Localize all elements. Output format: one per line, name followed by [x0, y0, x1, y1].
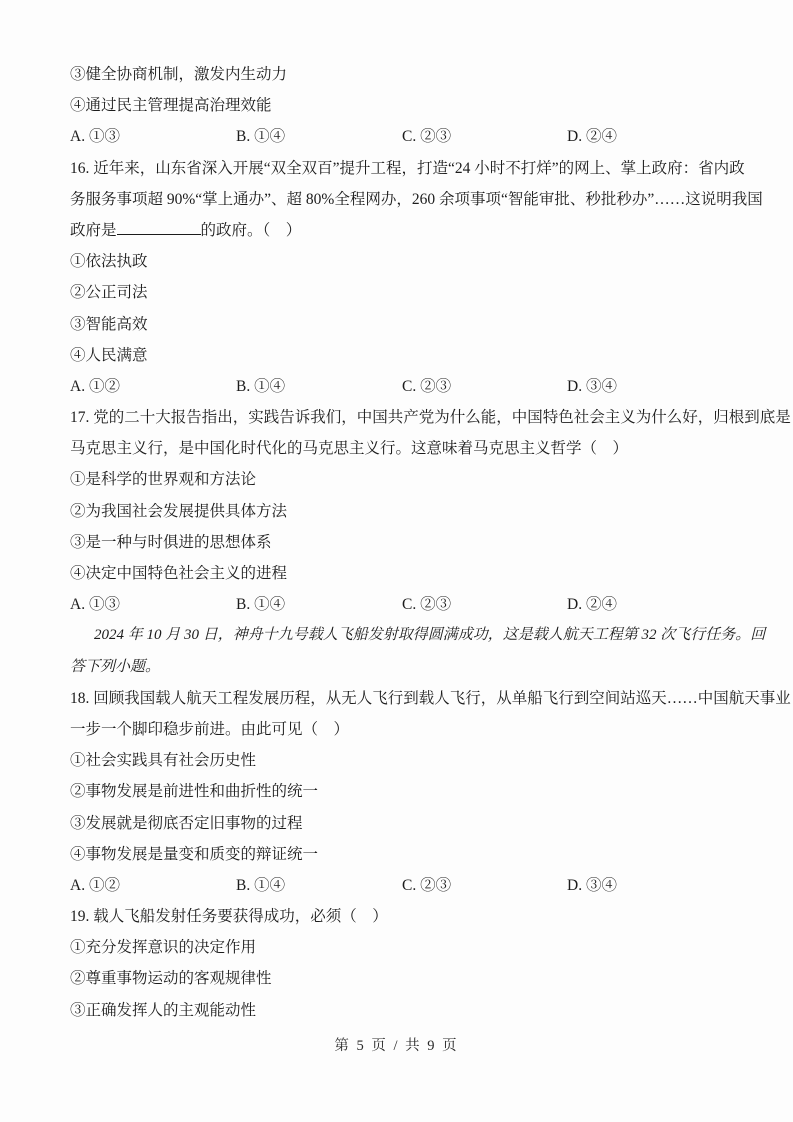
q18-option-c: C. ②③ — [402, 870, 567, 901]
page-content: ③健全协商机制，激发内生动力 ④通过民主管理提高治理效能 A. ①③ B. ①④… — [0, 0, 793, 1026]
q16-choice-3: ③智能高效 — [70, 309, 735, 340]
q16-stem-line-3: 政府是的政府。（ ） — [70, 215, 735, 246]
exam-document-page: ③健全协商机制，激发内生动力 ④通过民主管理提高治理效能 A. ①③ B. ①④… — [0, 0, 793, 1122]
q18-option-d: D. ③④ — [567, 870, 735, 901]
q17-option-c: C. ②③ — [402, 589, 567, 620]
q17-options-row: A. ①③ B. ①④ C. ②③ D. ②④ — [70, 589, 735, 620]
q17-option-d: D. ②④ — [567, 589, 735, 620]
q16-choice-4: ④人民满意 — [70, 340, 735, 371]
q19-stem-line-1: 19. 载人飞船发射任务要获得成功，必须（ ） — [70, 901, 735, 932]
passage-line-1: 2024 年 10 月 30 日，神舟十九号载人飞船发射取得圆满成功，这是载人航… — [70, 620, 735, 651]
q15-option-d: D. ②④ — [567, 121, 735, 152]
q15-choice-3: ③健全协商机制，激发内生动力 — [70, 59, 735, 90]
q15-option-a: A. ①③ — [70, 121, 236, 152]
passage-line-2: 答下列小题。 — [70, 652, 735, 683]
q16-choice-1: ①依法执政 — [70, 246, 735, 277]
q16-option-a: A. ①② — [70, 371, 236, 402]
q19-choice-3: ③正确发挥人的主观能动性 — [70, 995, 735, 1026]
q18-choice-4: ④事物发展是量变和质变的辩证统一 — [70, 839, 735, 870]
q17-option-a: A. ①③ — [70, 589, 236, 620]
q15-option-b: B. ①④ — [236, 121, 402, 152]
q18-stem-line-1: 18. 回顾我国载人航天工程发展历程，从无人飞行到载人飞行，从单船飞行到空间站巡… — [70, 683, 735, 714]
q16-options-row: A. ①② B. ①④ C. ②③ D. ③④ — [70, 371, 735, 402]
q16-stem-line-1: 16. 近年来，山东省深入开展“双全双百”提升工程，打造“24 小时不打烊”的网… — [70, 153, 735, 184]
q16-option-c: C. ②③ — [402, 371, 567, 402]
page-number-footer: 第 5 页 / 共 9 页 — [0, 1031, 793, 1062]
q19-choice-2: ②尊重事物运动的客观规律性 — [70, 963, 735, 994]
q15-options-row: A. ①③ B. ①④ C. ②③ D. ②④ — [70, 121, 735, 152]
q16-stem-line-3-after: 的政府。（ ） — [201, 222, 302, 239]
q17-choice-2: ②为我国社会发展提供具体方法 — [70, 496, 735, 527]
q18-choice-3: ③发展就是彻底否定旧事物的过程 — [70, 808, 735, 839]
q16-fill-blank-underline — [117, 230, 201, 235]
q15-option-c: C. ②③ — [402, 121, 567, 152]
q16-choice-2: ②公正司法 — [70, 277, 735, 308]
q18-options-row: A. ①② B. ①④ C. ②③ D. ③④ — [70, 870, 735, 901]
q17-choice-4: ④决定中国特色社会主义的进程 — [70, 558, 735, 589]
q16-option-d: D. ③④ — [567, 371, 735, 402]
q18-option-b: B. ①④ — [236, 870, 402, 901]
q15-choice-4: ④通过民主管理提高治理效能 — [70, 90, 735, 121]
q16-stem-line-3-before: 政府是 — [70, 222, 117, 239]
q18-option-a: A. ①② — [70, 870, 236, 901]
q17-choice-1: ①是科学的世界观和方法论 — [70, 464, 735, 495]
q17-stem-line-2: 马克思主义行，是中国化时代化的马克思主义行。这意味着马克思主义哲学（ ） — [70, 433, 735, 464]
q18-choice-2: ②事物发展是前进性和曲折性的统一 — [70, 776, 735, 807]
q17-stem-line-1: 17. 党的二十大报告指出，实践告诉我们，中国共产党为什么能，中国特色社会主义为… — [70, 402, 735, 433]
q17-option-b: B. ①④ — [236, 589, 402, 620]
q18-choice-1: ①社会实践具有社会历史性 — [70, 745, 735, 776]
q18-stem-line-2: 一步一个脚印稳步前进。由此可见（ ） — [70, 714, 735, 745]
shared-passage: 2024 年 10 月 30 日，神舟十九号载人飞船发射取得圆满成功，这是载人航… — [70, 620, 735, 682]
q17-choice-3: ③是一种与时俱进的思想体系 — [70, 527, 735, 558]
q16-stem-line-2: 务服务事项超 90%“掌上通办”、超 80%全程网办，260 余项事项“智能审批… — [70, 184, 735, 215]
q16-option-b: B. ①④ — [236, 371, 402, 402]
q19-choice-1: ①充分发挥意识的决定作用 — [70, 932, 735, 963]
